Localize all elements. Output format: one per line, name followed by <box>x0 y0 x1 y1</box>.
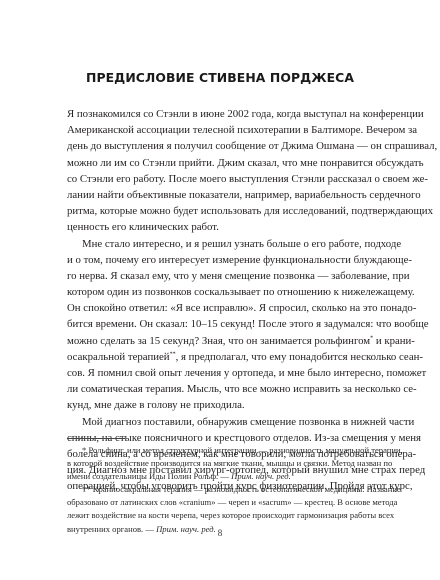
footnote-line: в которой воздействие производится на мя… <box>67 457 389 470</box>
text-line: лании найти объективные показатели, напр… <box>67 187 389 203</box>
text-line: и о том, почему его интересует измерение… <box>67 252 389 268</box>
footnote-line: образовано от латинских слов «cranium» —… <box>67 496 389 509</box>
text-line: можно ли им со Стэнли прийти. Джим сказа… <box>67 155 389 171</box>
paragraph-start-line: Мне стало интересно, и я решил узнать бо… <box>67 236 389 252</box>
text-line: ритма, которые можно будет использовать … <box>67 203 389 219</box>
text-line: со Стэнли его работу. После моего выступ… <box>67 171 389 187</box>
footnote-text: имени создательницы Иды Полин Рольф. — <box>67 471 231 481</box>
text-line: го нерва. Я сказал ему, что у меня смеще… <box>67 268 389 284</box>
text-segment: осакральной терапией <box>67 351 170 363</box>
text-segment: , я предполагал, что ему понадобится нес… <box>176 351 423 363</box>
book-page: ПРЕДИСЛОВИЕ СТИВЕНА ПОРДЖЕСА Я познакоми… <box>0 0 440 580</box>
paragraph-start-line: Мой диагноз поставили, обнаружив смещени… <box>67 414 389 430</box>
text-line: Американской ассоциации телесной психоте… <box>67 122 389 138</box>
footnote-1: * Рольфинг, или метод структурной интегр… <box>67 444 389 483</box>
page-number: 8 <box>0 528 440 538</box>
editor-note: Прим. науч. ред. <box>231 471 291 481</box>
text-line: сов. Я помнил свой опыт лечения у ортопе… <box>67 365 389 381</box>
footnote-line: ** Краниосакральная терапия — разновидно… <box>67 483 389 496</box>
footnote-line: лежит воздействие на кости черепа, через… <box>67 509 389 522</box>
footnote-line: * Рольфинг, или метод структурной интегр… <box>67 444 389 457</box>
text-line: кунд, мне даже в голову не приходила. <box>67 397 389 413</box>
footnotes: * Рольфинг, или метод структурной интегр… <box>67 444 389 536</box>
chapter-title: ПРЕДИСЛОВИЕ СТИВЕНА ПОРДЖЕСА <box>0 70 440 85</box>
text-line: ценность его клинических работ. <box>67 219 389 235</box>
text-line: Я познакомился со Стэнли в июне 2002 год… <box>67 106 389 122</box>
footnote-line: имени создательницы Иды Полин Рольф. — П… <box>67 470 389 483</box>
text-segment: можно сделать за 15 секунд? Зная, что он… <box>67 335 370 347</box>
text-line: бится времени. Он сказал: 10–15 секунд! … <box>67 316 389 332</box>
text-line-with-footnote-ref: можно сделать за 15 секунд? Зная, что он… <box>67 333 389 349</box>
text-line: Он спокойно ответил: «Я все исправлю». Я… <box>67 300 389 316</box>
text-line: котором один из позвонков соскальзывает … <box>67 284 389 300</box>
body-text: Я познакомился со Стэнли в июне 2002 год… <box>67 106 389 495</box>
text-line: день до выступления я получил сообщение … <box>67 138 389 154</box>
text-segment: и крани- <box>373 335 415 347</box>
footnote-divider <box>67 438 125 439</box>
text-line: ли соматическая терапия. Мысль, что все … <box>67 381 389 397</box>
text-line-with-footnote-ref: осакральной терапией**, я предполагал, ч… <box>67 349 389 365</box>
